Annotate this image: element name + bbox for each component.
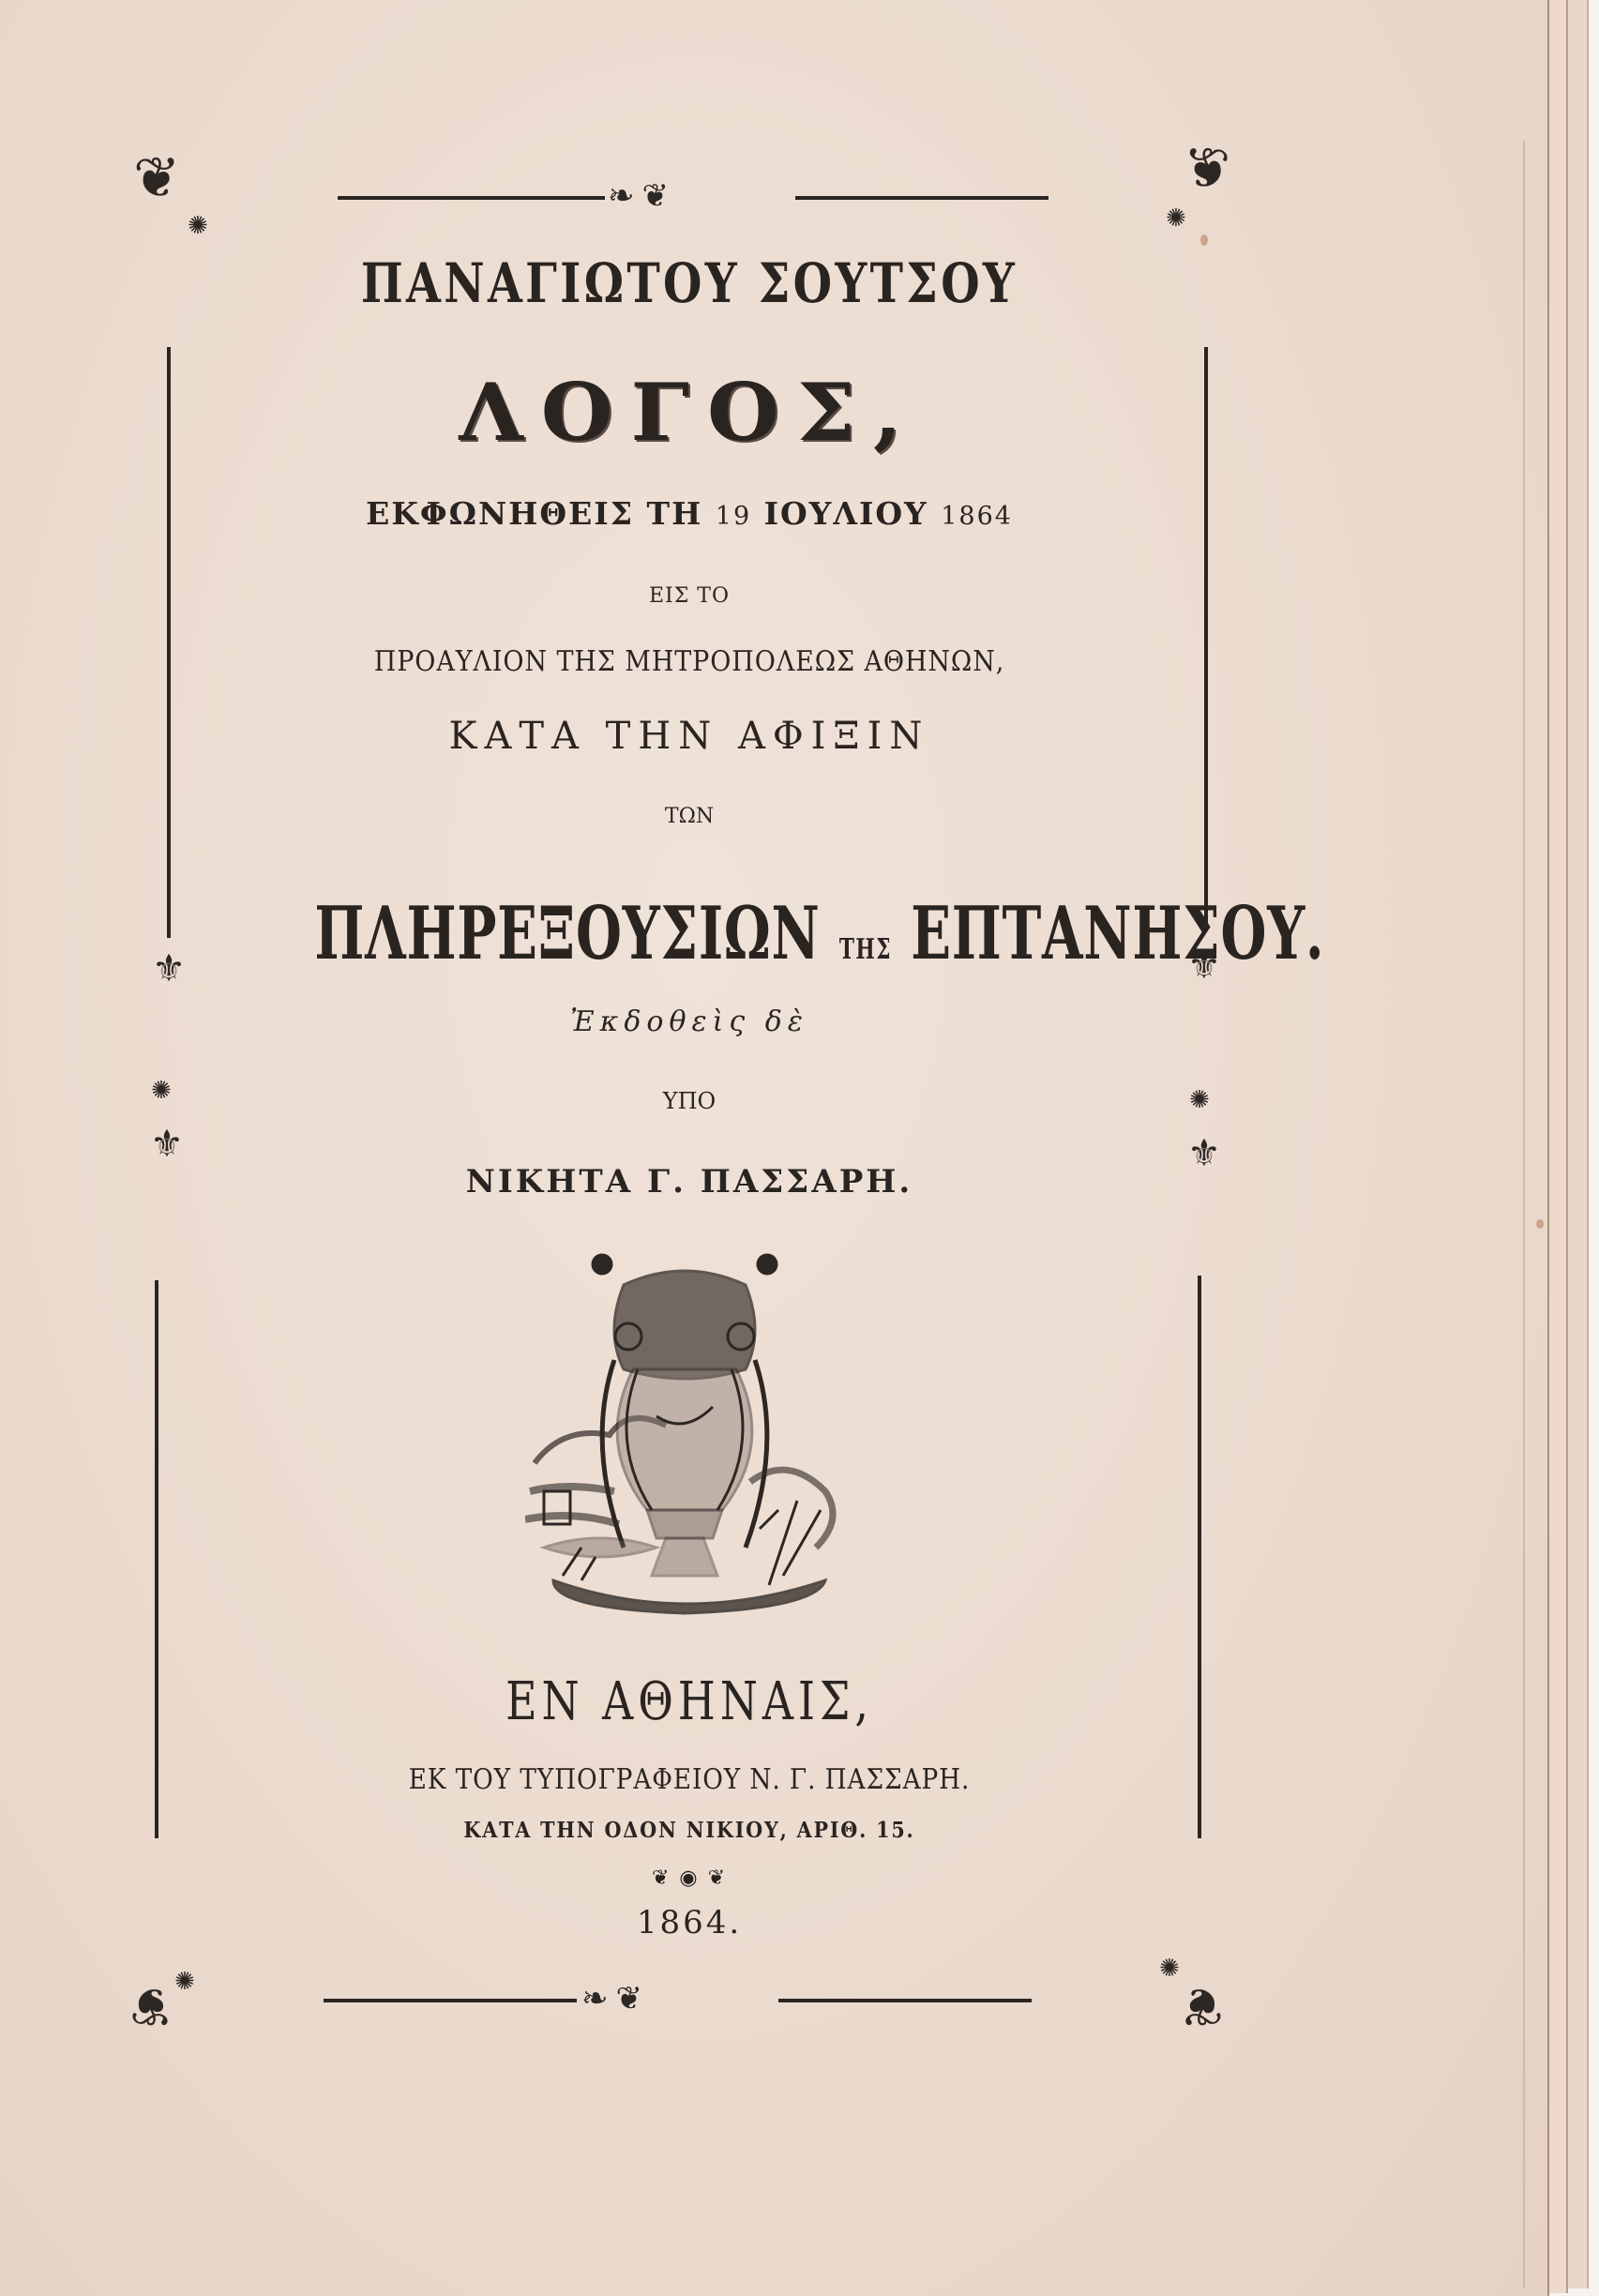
imprint-printer: ΕΚ ΤΟΥ ΤΥΠΟΓΡΑΦΕΙΟΥ Ν. Γ. ΠΑΣΣΑΡΗ. [232, 1763, 1148, 1796]
delivered-month: ΙΟΥΛΙΟΥ [764, 495, 928, 532]
bottom-center-ornament-icon: ❧❦ [581, 1983, 650, 2015]
corner-ornament-top-left-icon: ❦ [133, 150, 180, 206]
place-preposition: ΕΙΣ ΤΟ [169, 584, 1210, 608]
frame-bottom-left-rule [324, 1999, 577, 2002]
rosette-top-right-icon: ✺ [1166, 206, 1186, 231]
left-side-ornament-icon: ⚜ [150, 1125, 184, 1163]
subject-middle: ΤΗΣ [839, 933, 892, 966]
place-line: ΠΡΟΑΥΛΙΟΝ ΤΗΣ ΜΗΤΡΟΠΟΛΕΩΣ ΑΘΗΝΩΝ, [221, 645, 1158, 678]
author-name: ΠΑΝΑΓΙΩΤΟΥ ΣΟΥΤΣΟΥ [263, 251, 1116, 315]
article-line: ΤΩΝ [169, 805, 1210, 828]
by-line: ΥΠΟ [169, 1088, 1210, 1114]
top-center-ornament-icon: ❧❦ [608, 180, 676, 212]
rosette-top-left-icon: ✺ [188, 214, 208, 238]
rosette-bottom-left-icon: ✺ [174, 1970, 195, 1994]
urn-vignette-icon [525, 1247, 844, 1623]
imprint-city: ΕΝ ΑΘΗΝΑΙΣ, [263, 1671, 1116, 1732]
rosette-bottom-right-icon: ✺ [1159, 1956, 1180, 1981]
corner-ornament-bottom-left-icon: ❦ [129, 1979, 173, 2032]
frame-left-lower-rule [155, 1280, 158, 1838]
corner-ornament-top-right-icon: ❦ [1184, 141, 1230, 197]
delivered-year: 1864 [941, 502, 1013, 531]
frame-top-left-rule [338, 196, 605, 200]
foxing-stain [1200, 234, 1208, 246]
corner-ornament-bottom-right-icon: ❦ [1180, 1979, 1224, 2032]
delivery-date-line: ΕΚΦΩΝΗΘΕΙΣ ΤΗ 19 ΙΟΥΛΙΟΥ 1864 [169, 495, 1210, 532]
imprint-address: ΚΑΤΑ ΤΗΝ ΟΔΟΝ ΝΙΚΙΟΥ, ΑΡΙΘ. 15. [221, 1818, 1158, 1843]
delivered-prefix: ΕΚΦΩΝΗΘΕΙΣ ΤΗ [366, 495, 702, 532]
frame-bottom-right-rule [778, 1999, 1032, 2002]
subject-line: ΠΛΗΡΕΞΟΥΣΙΩΝ ΤΗΣ ΕΠΤΑΝΗΣΟΥ. [314, 891, 1063, 976]
document-title: ΛΟΓΟΣ, [143, 366, 1236, 459]
subject-first: ΠΛΗΡΕΞΟΥΣΙΩΝ [314, 891, 820, 976]
subject-last: ΕΠΤΑΝΗΣΟΥ. [911, 891, 1324, 976]
left-side-ornament-icon: ⚜ [150, 947, 188, 990]
frame-right-lower-rule [1198, 1276, 1201, 1838]
foxing-stain [1536, 1219, 1544, 1229]
imprint-year: 1864. [169, 1904, 1210, 1941]
delivered-day: 19 [716, 502, 751, 531]
publisher-name: ΝΙΚΗΤΑ Γ. ΠΑΣΣΑΡΗ. [169, 1163, 1210, 1201]
page-fold [1523, 141, 1527, 2288]
frame-top-right-rule [795, 196, 1048, 200]
imprint-divider-ornament-icon: ❦ ◉ ❦ [169, 1866, 1210, 1890]
published-note: Ἐκδοθεὶς δὲ [169, 1005, 1210, 1038]
occasion-line: ΚΑΤΑ ΤΗΝ ΑΦΙΞΙΝ [169, 715, 1210, 758]
title-page: ❦ ❦ ❦ ❦ ✺ ✺ ✺ ✺ ❧❦ ❧❦ ⚜ ✺ ⚜ ⚜ ✺ ⚜ ΠΑΝΑΓΙ… [0, 0, 1549, 2296]
